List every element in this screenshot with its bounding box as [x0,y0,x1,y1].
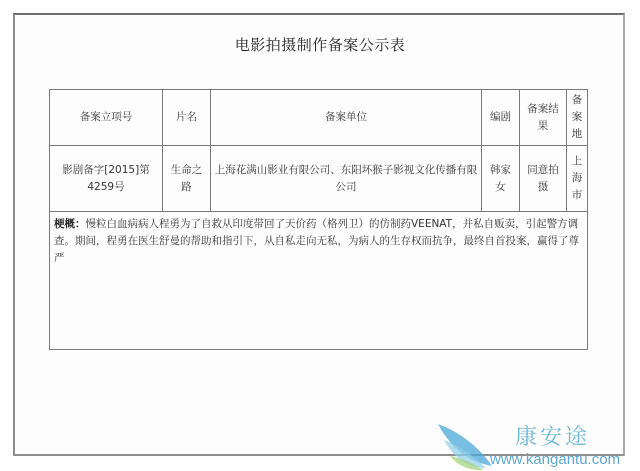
header-record-no: 备案立项号 [50,90,163,146]
cell-location: 上海市 [567,146,588,212]
cell-screenwriter: 韩家女 [482,146,520,212]
cell-filing-unit: 上海花满山影业有限公司、东阳坏猴子影视文化传播有限公司 [211,146,482,212]
document-title: 电影拍摄制作备案公示表 [0,34,640,55]
cell-record-no: 影剧备字[2015]第4259号 [50,146,163,212]
synopsis-label: 梗概： [54,218,86,230]
header-filing-unit: 备案单位 [211,90,482,146]
header-location: 备案地 [567,90,588,146]
cell-result: 同意拍摄 [520,146,567,212]
table-header-row: 备案立项号 片名 备案单位 编剧 备案结果 备案地 [50,90,588,146]
synopsis-text: 慢粒白血病病人程勇为了自救从印度带回了天价药（格列卫）的仿制药VEENAT，并私… [54,218,579,264]
header-result: 备案结果 [520,90,567,146]
header-film-title: 片名 [163,90,211,146]
synopsis-row: 梗概：慢粒白血病病人程勇为了自救从印度带回了天价药（格列卫）的仿制药VEENAT… [50,212,588,350]
watermark: 康安途 www.kangantu.com [430,418,640,471]
filing-table: 备案立项号 片名 备案单位 编剧 备案结果 备案地 影剧备字[2015]第425… [49,89,588,350]
header-screenwriter: 编剧 [482,90,520,146]
cell-film-title: 生命之路 [163,146,211,212]
table-row: 影剧备字[2015]第4259号 生命之路 上海花满山影业有限公司、东阳坏猴子影… [50,146,588,212]
watermark-brand: 康安途 [515,420,590,451]
synopsis-cell: 梗概：慢粒白血病病人程勇为了自救从印度带回了天价药（格列卫）的仿制药VEENAT… [50,212,588,350]
watermark-url: www.kangantu.com [490,451,620,468]
